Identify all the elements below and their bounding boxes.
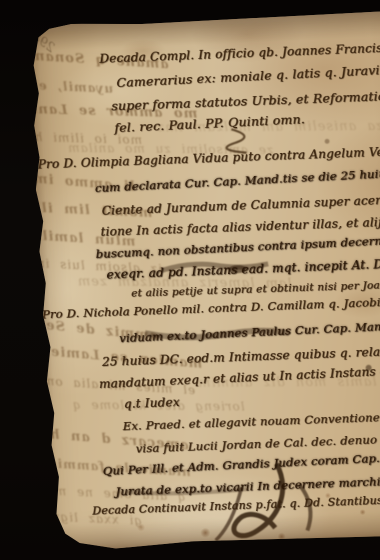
handwritten-line-entry-pro-nicolao-1: Pro D. Nichola Ponello mil. contra D. Ca… — [42, 293, 380, 322]
handwritten-line-entry-pro-nicolao-3: 25 huius DC. eod.m Intimasse quibus q. r… — [102, 344, 380, 369]
handwritten-line-entry-pro-nicolao-2: viduam ex.to Joannes Paulus Cur. Cap. Ma… — [119, 316, 380, 345]
flourish-tail-2 — [214, 487, 244, 540]
manuscript-photo: 298 amane q Sonanzuyamil, ermo ammor se … — [0, 0, 380, 560]
handwritten-line-entry-pro-nicolao-5: q.t Iudex — [124, 395, 180, 411]
ink-spot-2 — [325, 139, 330, 144]
bleedthrough-text-layer: amane q Sonanzuyamil, ermo ammor se Lani… — [22, 9, 380, 26]
ghost-line-2: uyamil, er — [30, 78, 113, 96]
handwritten-line-heading-decada-3: super forma statutos Urbis, et Reformati… — [111, 88, 380, 114]
handwritten-line-entry-pro-olimpia-3: Ciente ad Jurandum de Calumnia super ace… — [102, 191, 380, 218]
handwritten-line-heading-decada-1: Decada Compl. In officio qb. Joannes Fra… — [99, 38, 380, 66]
handwriting-layer: Decada Compl. In officio qb. Joannes Fra… — [22, 9, 380, 26]
manuscript-page: 298 amane q Sonanzuyamil, ermo ammor se … — [22, 9, 380, 551]
